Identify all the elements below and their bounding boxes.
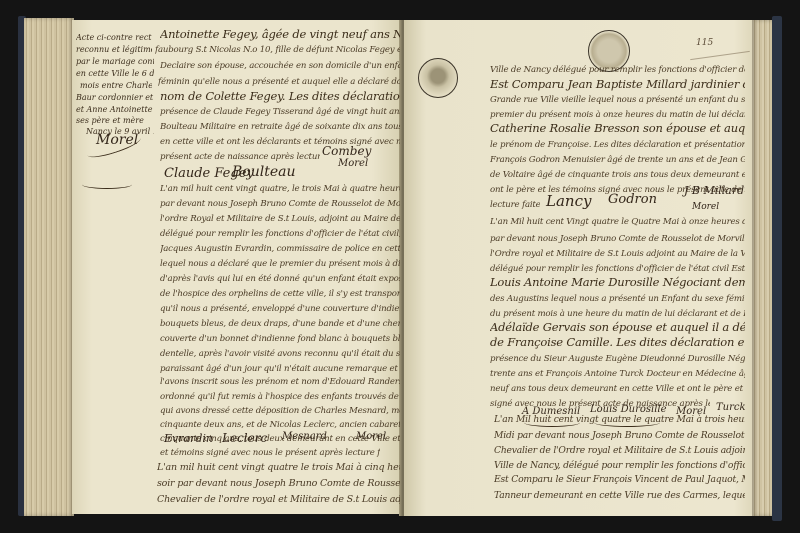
- signature: Godron: [608, 192, 657, 207]
- text-line: Ville de Nancy, délégué pour remplir les…: [494, 460, 745, 472]
- text-line: dentelle, après l'avoir visité avons rec…: [160, 348, 400, 360]
- text-line: couverte d'un bonnet d'indienne fond bla…: [160, 333, 400, 345]
- text-line: Tanneur demeurant en cette Ville rue des…: [494, 490, 745, 502]
- margin-note-line: reconnu et légitimé: [76, 44, 152, 55]
- text-line: d'après l'avis qui lui en été donné qu'u…: [160, 273, 400, 285]
- margin-note-line: ses père et mère: [76, 115, 152, 126]
- margin-note-line: en cette Ville le 6 du présent: [76, 68, 154, 79]
- text-line: l'Ordre royal et Militaire de S.t Louis …: [490, 248, 745, 260]
- text-line: Jacques Augustin Evrardin, commissaire d…: [160, 243, 400, 255]
- page-edges-right: [752, 20, 774, 516]
- page-number: 115: [696, 38, 713, 48]
- text-line: Louis Antoine Marie Durosille Négociant …: [490, 276, 745, 290]
- text-line: présence de Claude Fegey Tisserand âgé d…: [160, 106, 400, 118]
- signature: Lancy: [546, 192, 591, 210]
- text-line: Ville de Nancy délégué pour remplir les …: [490, 64, 745, 76]
- text-line: présence du Sieur Auguste Eugène Dieudon…: [490, 353, 745, 365]
- text-line: Grande rue Ville vieille lequel nous a p…: [490, 94, 745, 106]
- text-line: de l'hospice des orphelins de cette vill…: [160, 288, 400, 300]
- text-line: et témoins signé avec nous le présent ap…: [160, 447, 380, 459]
- margin-flourish: [82, 180, 132, 189]
- text-line: nom de Colette Fegey. Les dites déclarat…: [160, 90, 400, 104]
- text-line: Boulteau Militaire en retraite âgé de so…: [160, 121, 400, 133]
- text-line: l'avons inscrit sous les prénom et nom d…: [160, 376, 400, 388]
- text-line: Antoinette Fegey, âgée de vingt neuf ans…: [160, 28, 400, 42]
- margin-note-line: et Anne Antoinette Fegey: [76, 104, 154, 115]
- text-line: L'an mil huit cent vingt quatre le trois…: [157, 462, 400, 474]
- text-line: par devant nous Joseph Bruno Comte de Ro…: [160, 198, 400, 210]
- text-line: premier du présent mois à onze heures du…: [490, 109, 745, 121]
- signature: Combey: [322, 144, 371, 158]
- text-line: de Françoise Camille. Les dites déclarat…: [490, 336, 745, 350]
- margin-note-line: par le mariage contracté: [76, 56, 154, 67]
- text-line: ordonné qu'il fut remis à l'hospice des …: [160, 391, 400, 403]
- text-line: soir par devant nous Joseph Bruno Comte …: [157, 478, 400, 490]
- register-book-spread: Acte ci-contre rectifié reconnu et légit…: [0, 0, 800, 533]
- signature: Morel: [356, 431, 386, 442]
- text-line: le prénom de Françoise. Les dites déclar…: [490, 139, 745, 151]
- text-line: féminin qu'elle nous a présenté et auque…: [158, 76, 400, 88]
- text-line: Catherine Rosalie Bresson son épouse et …: [490, 122, 745, 136]
- text-line: cinquante deux ans, et de Nicolas Lecler…: [160, 419, 400, 431]
- text-line: faubourg S.t Nicolas N.o 10, fille de dé…: [155, 44, 400, 56]
- text-line: neuf ans tous deux demeurant en cette Vi…: [490, 383, 745, 395]
- text-line: L'an Mil huit cent Vingt quatre le Quatr…: [490, 216, 745, 228]
- signature: Mesnard: [282, 431, 327, 442]
- text-line: délégué pour remplir les fonctions d'off…: [160, 228, 400, 240]
- text-line: Est Comparu Jean Baptiste Millard jardin…: [490, 78, 745, 92]
- signature: Evrardin: [164, 432, 213, 445]
- text-line: du présent mois à une heure du matin de …: [490, 308, 745, 320]
- emblem-seal: [418, 58, 458, 98]
- signature: Turck: [716, 402, 746, 413]
- margin-note-line: mois entre Charles: [80, 80, 152, 91]
- text-line: des Augustins lequel nous a présenté un …: [490, 293, 745, 305]
- text-line: présent acte de naissance après lecture …: [160, 151, 320, 163]
- text-line: par devant nous Joseph Bruno Comte de Ro…: [490, 233, 745, 245]
- text-line: trente ans et François Antoine Turck Doc…: [490, 368, 745, 380]
- signature: Boulteau: [232, 164, 296, 180]
- text-line: qui avons dressé cette déposition de Cha…: [160, 405, 400, 417]
- text-line: Chevalier de l'ordre royal et Militaire …: [157, 494, 400, 506]
- text-line: bouquets bleus, de deux draps, d'une ban…: [160, 318, 400, 330]
- margin-note-line: Acte ci-contre rectifié: [76, 32, 152, 43]
- text-line: lecture faite.: [490, 199, 540, 211]
- text-line: Declaire son épouse, accouchée en son do…: [160, 60, 400, 72]
- text-line: de Voltaire âgé de cinquante trois ans t…: [490, 169, 745, 181]
- page-edges-left: [24, 18, 74, 516]
- book-cover-right: [772, 16, 782, 521]
- signature: Leclerc: [222, 431, 267, 445]
- text-line: délégué pour remplir les fonctions d'off…: [490, 263, 745, 275]
- text-line: paraissant âgé d'un jour qu'il n'était a…: [160, 363, 400, 375]
- text-line: François Godron Menuisier âgé de trente …: [490, 154, 745, 166]
- text-line: l'ordre Royal et Militaire de S.t Louis,…: [160, 213, 400, 225]
- signature: J B Millard: [684, 184, 744, 197]
- text-line: Midi par devant nous Joseph Bruno Comte …: [494, 430, 745, 442]
- margin-note-line: Baur cordonnier et Antoinette: [76, 92, 154, 103]
- text-line: Chevalier de l'Ordre royal et Militaire …: [494, 445, 745, 457]
- text-line: qu'il nous a présenté, enveloppé d'une c…: [160, 303, 400, 315]
- text-line: L'an Mil huit cent vingt quatre le quatr…: [494, 414, 745, 426]
- text-line: L'an mil huit cent vingt quatre, le troi…: [160, 183, 400, 195]
- text-line: Est Comparu le Sieur François Vincent de…: [494, 474, 745, 486]
- text-line: Adélaïde Gervais son épouse et auquel il…: [490, 321, 745, 335]
- signature: Morel: [338, 158, 368, 169]
- text-line: lequel nous a déclaré que le premier du …: [160, 258, 400, 270]
- signature: Morel: [692, 202, 719, 212]
